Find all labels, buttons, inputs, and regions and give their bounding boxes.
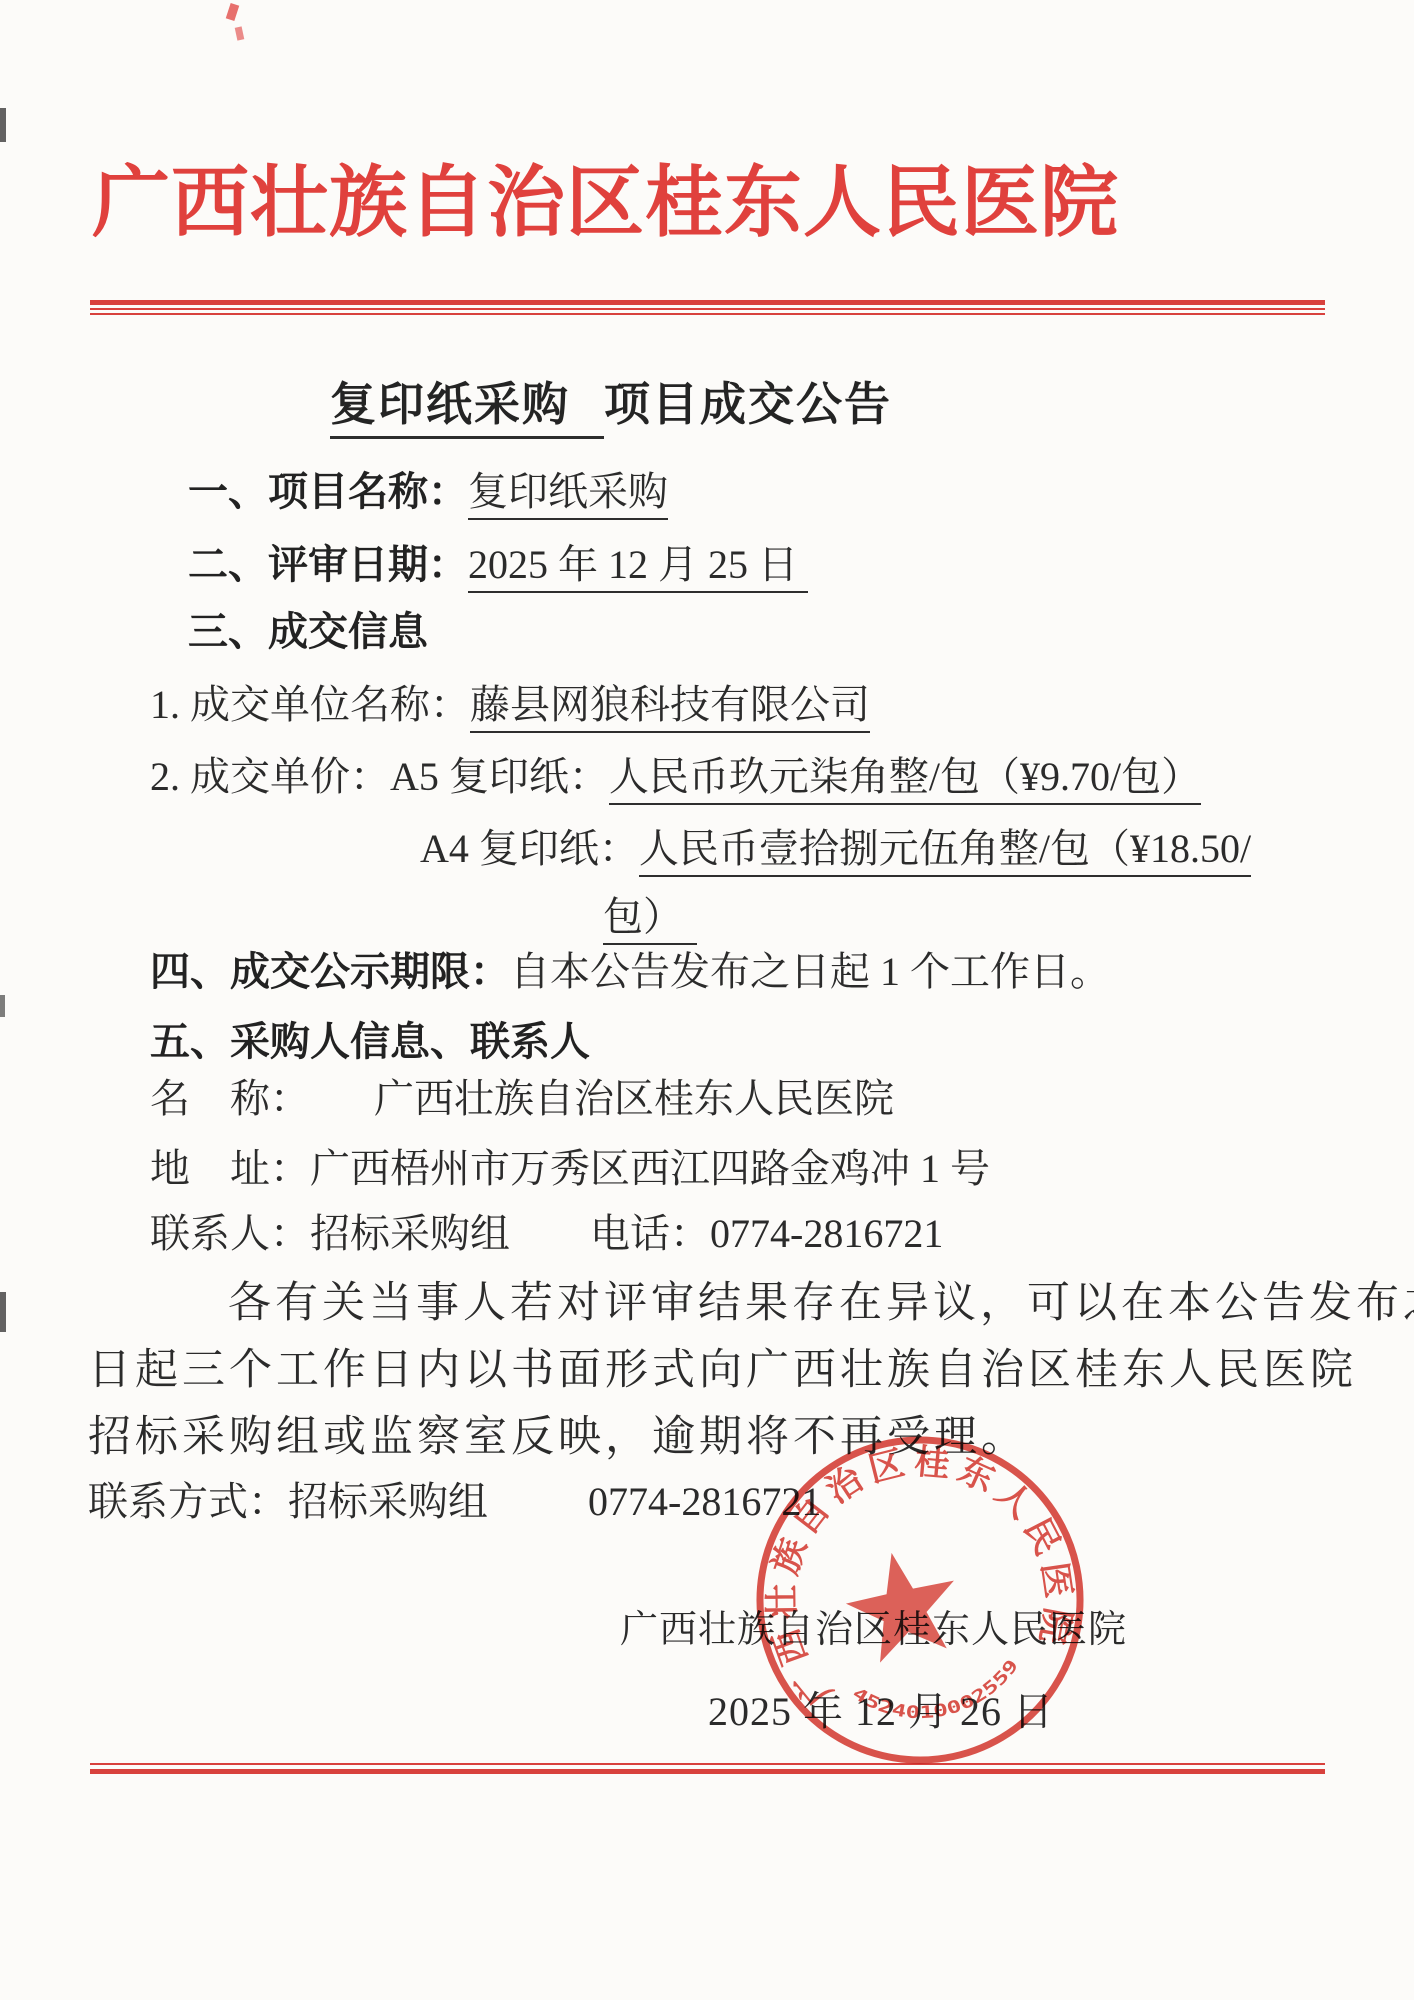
footer-divider xyxy=(90,1763,1325,1774)
review-date-value: 2025 年 12 月 25 日 xyxy=(468,542,808,593)
purchaser-name-line: 名 称：广西壮族自治区桂东人民医院 xyxy=(150,1075,894,1123)
scan-artifact-red-mark xyxy=(235,26,245,40)
svg-text:广西壮族自治区桂东人民医院: 广西壮族自治区桂东人民医院 xyxy=(740,1420,1092,1718)
purchaser-contact-line: 联系人：招标采购组电话：0774-2816721 xyxy=(150,1210,943,1258)
divider-thick-line xyxy=(90,1769,1325,1774)
divider-thick-line xyxy=(90,300,1325,305)
awarded-supplier-line: 1. 成交单位名称：藤县网狼科技有限公司 xyxy=(150,681,870,729)
scan-artifact-edge-mark xyxy=(0,1292,6,1332)
project-name-value: 复印纸采购 xyxy=(468,469,668,520)
section2-label: 二、评审日期： xyxy=(188,543,468,587)
a4-paper-label: A4 复印纸： xyxy=(420,826,639,871)
seal-arc-text: 广西壮族自治区桂东人民医院 xyxy=(740,1420,1092,1718)
section5-label: 五、采购人信息、联系人 xyxy=(150,1020,590,1064)
document-title-rest: 项目成交公告 xyxy=(604,378,892,430)
purchaser-name-value: 广西壮族自治区桂东人民医院 xyxy=(374,1076,894,1121)
divider-thin-line xyxy=(90,308,1325,310)
section1-label: 一、项目名称： xyxy=(188,470,468,514)
contact-method-value: 招标采购组 xyxy=(288,1479,488,1524)
notice-paragraph-line1: 各有关当事人若对评审结果存在异议，可以在本公告发布之 xyxy=(228,1278,1414,1330)
unit-price-a4-line: A4 复印纸：人民币壹拾捌元伍角整/包（¥18.50/ xyxy=(420,825,1251,873)
contact-method-line: 联系方式：招标采购组0774-2816721 xyxy=(88,1478,821,1526)
phone-label: 电话： xyxy=(590,1211,710,1256)
purchaser-address-label: 地 址： xyxy=(150,1146,310,1191)
purchaser-address-value: 广西梧州市万秀区西江四路金鸡冲 1 号 xyxy=(310,1146,990,1191)
scan-artifact-edge-mark xyxy=(0,108,6,142)
section4-label: 四、成交公示期限： xyxy=(150,950,510,994)
official-seal-stamp: 广西壮族自治区桂东人民医院 4524010002559 xyxy=(740,1420,1100,1780)
supplier-label: 1. 成交单位名称： xyxy=(150,682,470,727)
section-award-info: 三、成交信息 xyxy=(188,608,428,656)
supplier-name-value: 藤县网狼科技有限公司 xyxy=(470,682,870,733)
unit-price-a5-line: 2. 成交单价：A5 复印纸：人民币玖元柒角整/包（¥9.70/包） xyxy=(150,753,1201,801)
letterhead-org-name: 广西壮族自治区桂东人民医院 xyxy=(92,140,1119,252)
notice-paragraph-line2: 日起三个工作日内以书面形式向广西壮族自治区桂东人民医院 xyxy=(88,1345,1357,1397)
purchaser-address-line: 地 址：广西梧州市万秀区西江四路金鸡冲 1 号 xyxy=(150,1145,990,1193)
unit-price-a4-continuation: 包） xyxy=(603,893,697,941)
section-publicity-period: 四、成交公示期限：自本公告发布之日起 1 个工作日。 xyxy=(150,948,1110,996)
scan-artifact-red-mark xyxy=(226,3,240,21)
section-project-name: 一、项目名称：复印纸采购 xyxy=(188,468,668,516)
scan-artifact-edge-mark xyxy=(0,995,5,1017)
section3-label: 三、成交信息 xyxy=(188,610,428,654)
document-title-underlined: 复印纸采购 xyxy=(330,378,604,439)
publicity-period-value: 自本公告发布之日起 1 个工作日。 xyxy=(510,949,1110,994)
a5-paper-label: A5 复印纸： xyxy=(390,754,609,799)
letterhead-divider xyxy=(90,300,1325,315)
purchaser-name-label: 名 称： xyxy=(150,1076,310,1121)
scanned-document-page: 广西壮族自治区桂东人民医院 复印纸采购项目成交公告 一、项目名称：复印纸采购 二… xyxy=(0,0,1414,2000)
seal-star-icon xyxy=(838,1541,968,1667)
contact-person-value: 招标采购组 xyxy=(310,1211,510,1256)
seal-serial-number: 4524010002559 xyxy=(846,1650,1031,1740)
divider-thin-line xyxy=(90,1763,1325,1765)
contact-method-label: 联系方式： xyxy=(88,1479,288,1524)
unit-price-label: 2. 成交单价： xyxy=(150,754,390,799)
divider-thin-line xyxy=(90,313,1325,315)
document-title: 复印纸采购项目成交公告 xyxy=(330,368,892,434)
section-purchaser-info: 五、采购人信息、联系人 xyxy=(150,1018,590,1066)
a5-price-value: 人民币玖元柒角整/包（¥9.70/包） xyxy=(609,754,1201,805)
phone-value: 0774-2816721 xyxy=(710,1211,943,1256)
a4-price-value-cont: 包） xyxy=(603,894,697,945)
svg-text:4524010002559: 4524010002559 xyxy=(846,1650,1031,1740)
contact-person-label: 联系人： xyxy=(150,1211,310,1256)
section-review-date: 二、评审日期：2025 年 12 月 25 日 xyxy=(188,541,808,589)
a4-price-value: 人民币壹拾捌元伍角整/包（¥18.50/ xyxy=(639,826,1251,877)
